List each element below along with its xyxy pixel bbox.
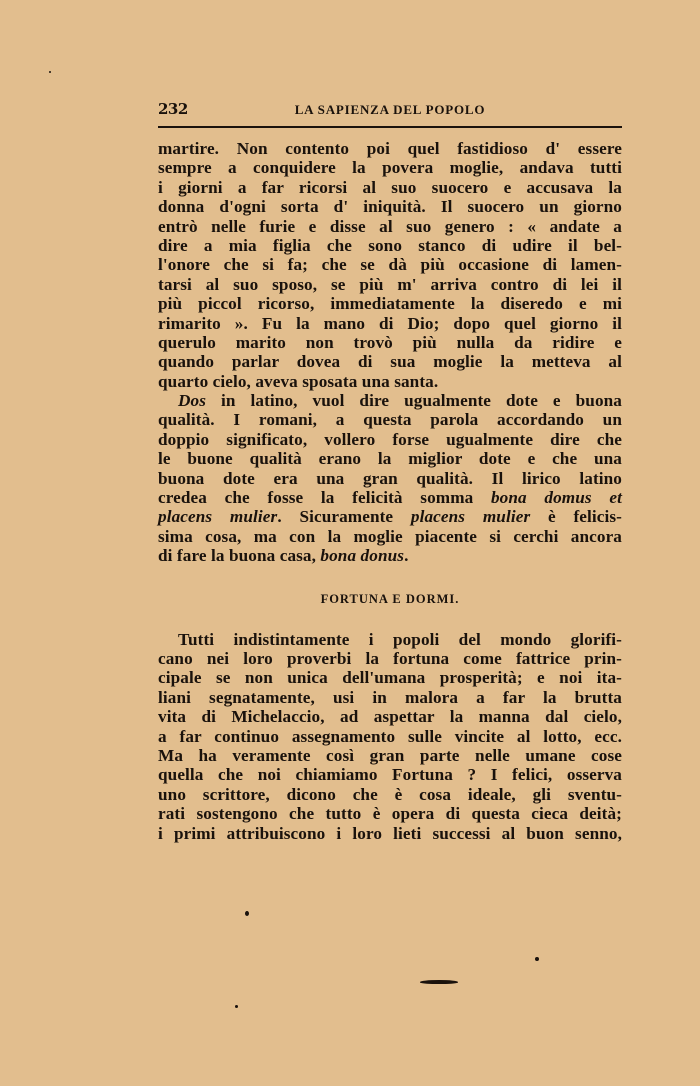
body-text: martire. Non contento poi quel fastidios…	[158, 139, 622, 843]
text-line: martire. Non contento poi quel fastidios…	[158, 139, 622, 158]
text-line: quarto cielo, aveva sposata una santa.	[158, 372, 622, 391]
text-line: doppio significato, vollero forse ugualm…	[158, 430, 622, 449]
text-line: quella che noi chiamiamo Fortuna ? I fel…	[158, 765, 622, 784]
ink-speck	[49, 71, 51, 73]
header-rule	[158, 126, 622, 128]
text-line: i giorni a far ricorsi al suo suocero e …	[158, 178, 622, 197]
latin-phrase: placens mulier	[411, 507, 530, 526]
text-line: tarsi al suo sposo, se più m' arriva con…	[158, 275, 622, 294]
latin-phrase: bona domus et	[491, 488, 622, 507]
section-title: FORTUNA E DORMI.	[158, 590, 622, 606]
text-line: vita di Michelaccio, ad aspettar la mann…	[158, 707, 622, 726]
text-line: più piccol ricorso, immediatamente la di…	[158, 294, 622, 313]
end-ornament	[420, 980, 458, 984]
text-line: di fare la buona casa, bona donus.	[158, 546, 622, 565]
text-line: buona dote era una gran qualità. Il liri…	[158, 469, 622, 488]
text-line: qualità. I romani, a questa parola accor…	[158, 410, 622, 429]
book-page: 232 LA SAPIENZA DEL POPOLO martire. Non …	[158, 98, 622, 843]
ink-speck	[535, 957, 539, 961]
text-line: Tutti indistintamente i popoli del mondo…	[158, 630, 622, 649]
ink-speck	[245, 911, 249, 916]
latin-phrase: placens mulier	[158, 507, 277, 526]
text-line: cipale se non unica dell'umana prosperit…	[158, 668, 622, 687]
latin-term: Dos	[178, 391, 206, 410]
paragraph-1: martire. Non contento poi quel fastidios…	[158, 139, 622, 391]
text-line: a far continuo assegnamento sulle vincit…	[158, 727, 622, 746]
text-line: querulo marito non trovò più nulla da ri…	[158, 333, 622, 352]
text-line: liani segnatamente, usi in malora a far …	[158, 688, 622, 707]
text-line: sima cosa, ma con la moglie piacente si …	[158, 527, 622, 546]
text-line: placens mulier. Sicuramente placens muli…	[158, 507, 622, 526]
text-line: credea che fosse la felicità somma bona …	[158, 488, 622, 507]
text-line: le buone qualità erano la miglior dote e…	[158, 449, 622, 468]
running-title: LA SAPIENZA DEL POPOLO	[158, 102, 622, 118]
text-line: cano nei loro proverbi la fortuna come f…	[158, 649, 622, 668]
text-line: entrò nelle furie e disse al suo genero …	[158, 217, 622, 236]
text-line: Dos in latino, vuol dire ugualmente dote…	[158, 391, 622, 410]
paragraph-2: Dos in latino, vuol dire ugualmente dote…	[158, 391, 622, 566]
paragraph-3: Tutti indistintamente i popoli del mondo…	[158, 630, 622, 843]
text-line: sempre a conquidere la povera moglie, an…	[158, 158, 622, 177]
text-line: rimarito ». Fu la mano di Dio; dopo quel…	[158, 314, 622, 333]
text-line: Ma ha veramente così gran parte nelle um…	[158, 746, 622, 765]
text-line: donna d'ogni sorta d' iniquità. Il suoce…	[158, 197, 622, 216]
text-line: l'onore che si fa; che se dà più occasio…	[158, 255, 622, 274]
text-line: uno scrittore, dicono che è cosa ideale,…	[158, 785, 622, 804]
text-line: quando parlar dovea di sua moglie la met…	[158, 352, 622, 371]
latin-phrase: bona donus	[320, 546, 404, 565]
ink-speck	[235, 1005, 238, 1008]
text-line: dire a mia figlia che sono stanco di udi…	[158, 236, 622, 255]
text-line: i primi attribuiscono i loro lieti succe…	[158, 824, 622, 843]
running-head: 232 LA SAPIENZA DEL POPOLO	[158, 98, 622, 120]
text-line: rati sostengono che tutto è opera di que…	[158, 804, 622, 823]
